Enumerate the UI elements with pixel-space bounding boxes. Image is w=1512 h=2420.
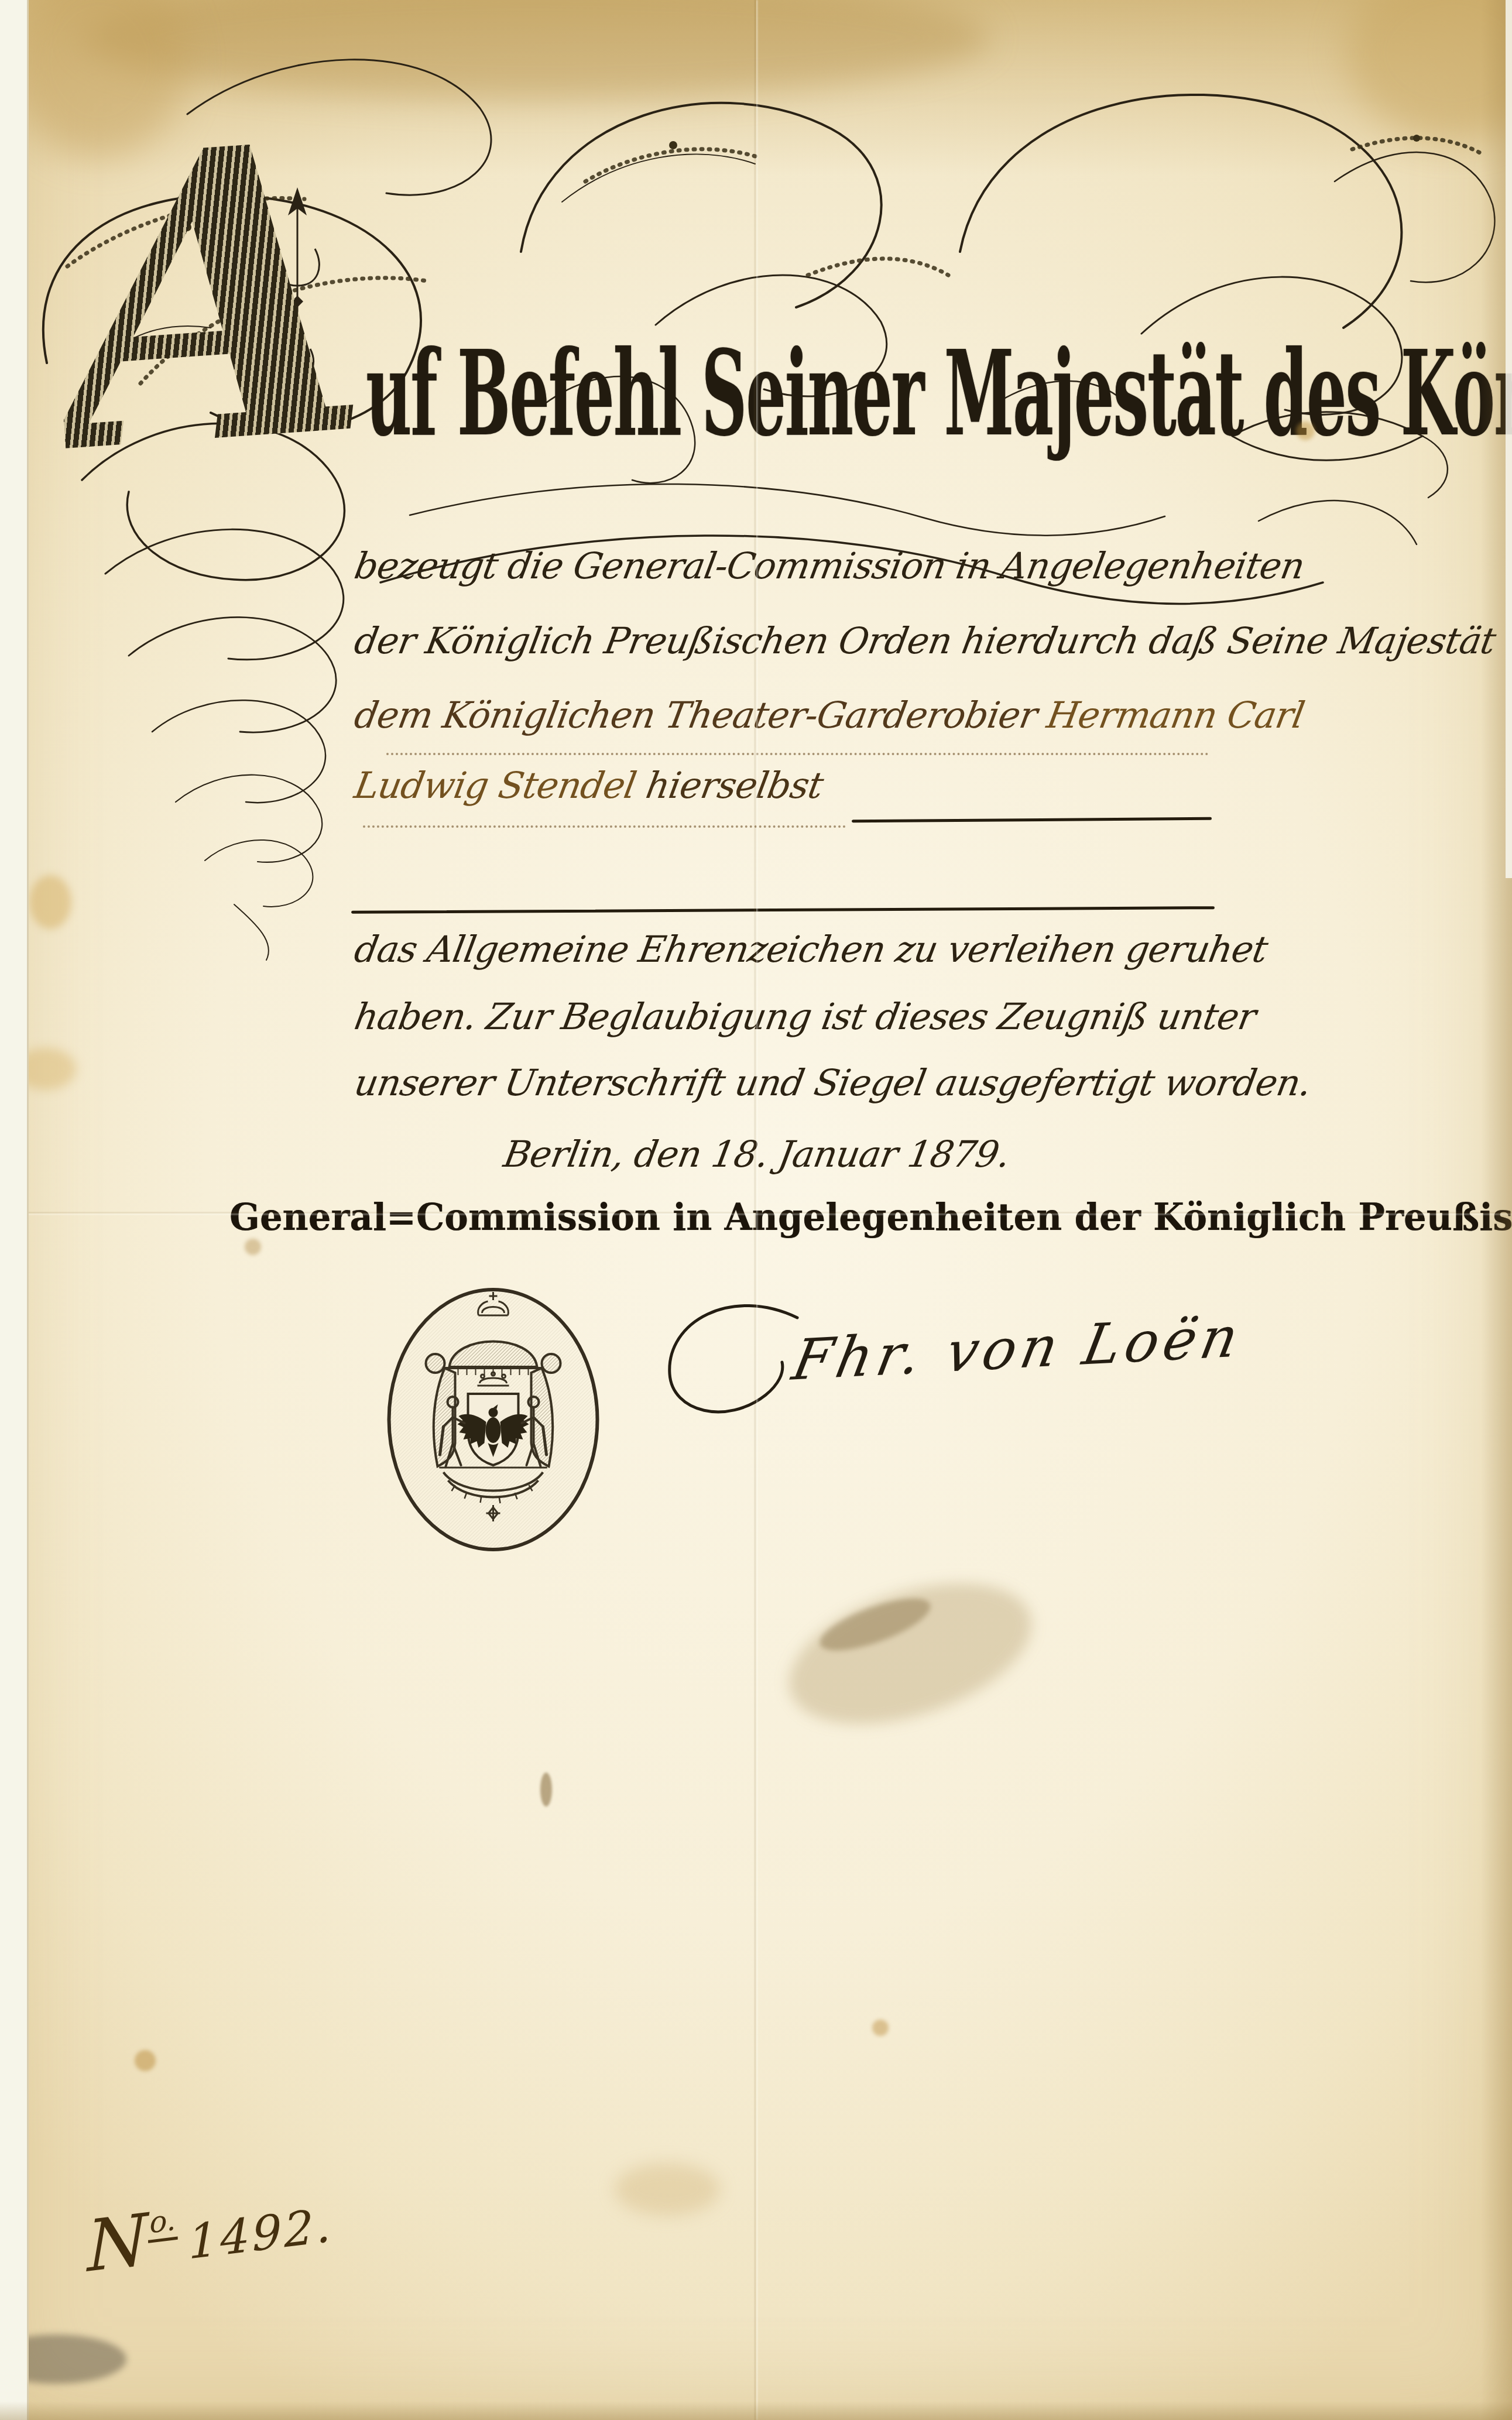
serial-ordinal: o. — [148, 2202, 178, 2243]
recipient-name-2: Ludwig Stendel — [351, 764, 639, 807]
body-line-2: der Königlich Preußischen Orden hierdurc… — [351, 619, 1499, 662]
body-line-7: unserer Unterschrift und Siegel ausgefer… — [351, 1061, 1315, 1104]
prussian-coat-of-arms-seal — [378, 1279, 609, 1560]
dateline: Berlin, den 18. Januar 1879. — [500, 1133, 1013, 1175]
dotted-underline-2 — [363, 825, 846, 828]
foxing-spot — [135, 2050, 156, 2071]
paper-edge-bottom — [0, 2401, 1512, 2420]
body-line-6: haben. Zur Beglaubigung ist dieses Zeugn… — [351, 995, 1259, 1038]
fold-crease-vertical — [754, 0, 756, 2420]
recipient-name-1: Hermann Carl — [1044, 694, 1307, 736]
fold-crease-horizontal — [0, 1212, 1512, 1214]
serial-value: 1492. — [188, 2198, 334, 2270]
stain — [814, 1588, 936, 1661]
signature-text: Fhr. von Loën — [787, 1305, 1248, 1393]
page-title: uf Befehl Seiner Majestät des Königs — [366, 325, 1512, 462]
signature-flourish — [644, 1297, 808, 1437]
certificate-page: A uf Befehl Seiner Majestät des Königs b… — [0, 0, 1512, 2420]
dotted-underline-1 — [386, 753, 1209, 755]
serial-number: No.1492. — [87, 2176, 334, 2288]
body-line-3: dem Königlichen Theater-Garderobier Herm… — [351, 694, 1308, 736]
stain — [615, 2163, 720, 2216]
body-line-1: bezeugt die General-Commission in Angele… — [351, 544, 1308, 587]
foxing-spot — [245, 1239, 261, 1255]
stain — [772, 1557, 1049, 1751]
body-line-5: das Allgemeine Ehrenzeichen zu verleihen… — [351, 928, 1271, 971]
foxing-spot — [872, 2020, 889, 2036]
recipient-title: dem Königlichen Theater-Garderobier — [351, 694, 1051, 736]
ink-speck — [540, 1773, 552, 1807]
scan-edge-left — [0, 0, 29, 2420]
serial-prefix: N — [87, 2199, 149, 2288]
issuer-line: General=Commission in Angelegenheiten de… — [229, 1195, 1512, 1239]
decorated-initial: A — [42, 89, 378, 508]
scan-edge-right — [1506, 0, 1512, 878]
recipient-place: hierselbst — [632, 764, 826, 807]
